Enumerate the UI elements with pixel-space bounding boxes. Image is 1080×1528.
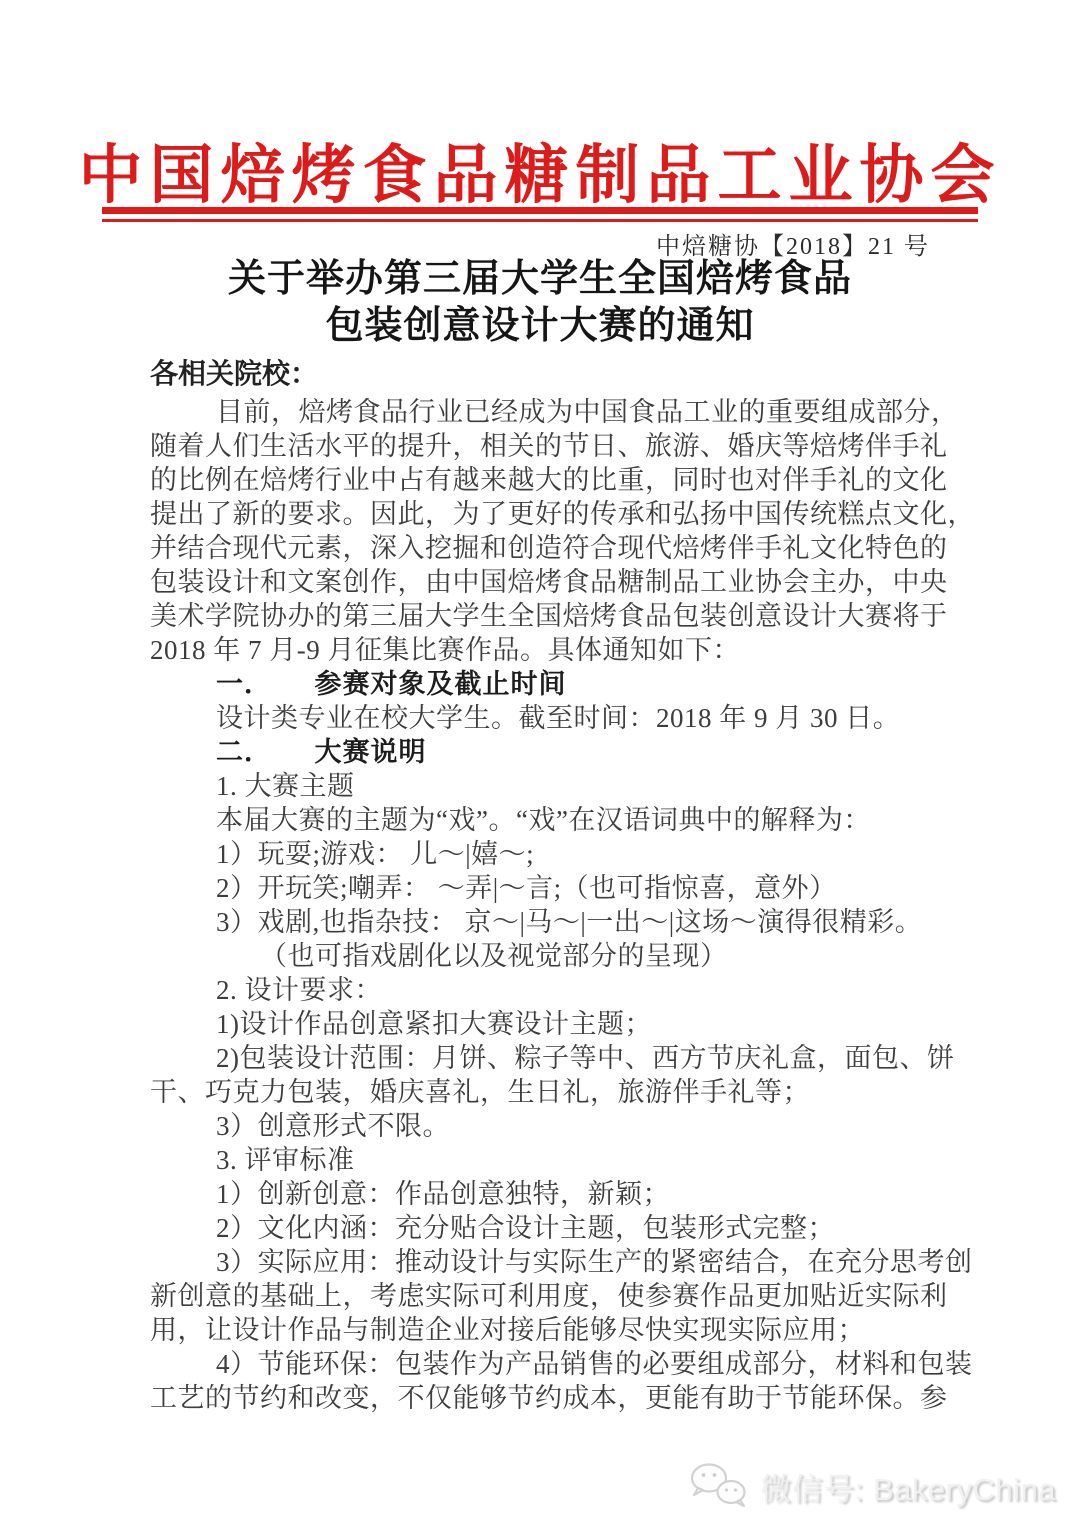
letterhead-double-rule xyxy=(102,207,978,222)
text-line: 2. 设计要求： xyxy=(150,973,950,1007)
text-line: 美术学院协办的第三届大学生全国焙烤食品包装创意设计大赛将于 xyxy=(150,599,950,633)
document-title-line2: 包装创意设计大赛的通知 xyxy=(325,305,754,347)
text-line: 用，让设计作品与制造企业对接后能够尽快实现实际应用； xyxy=(150,1313,950,1347)
text-line: 3）实际应用：推动设计与实际生产的紧密结合，在充分思考创 xyxy=(150,1245,950,1279)
text-line: 1）玩耍;游戏： 儿～|嬉～; xyxy=(150,837,950,871)
text-line: 2)包装设计范围：月饼、粽子等中、西方节庆礼盒，面包、饼 xyxy=(150,1041,950,1075)
document-page: 中国焙烤食品糖制品工业协会 中焙糖协【2018】21 号 关于举办第三届大学生全… xyxy=(0,0,1080,1528)
text-line: 一． 参赛对象及截止时间 xyxy=(150,667,950,701)
text-line: 并结合现代元素，深入挖掘和创造符合现代焙烤伴手礼文化特色的 xyxy=(150,531,950,565)
document-title-line1: 关于举办第三届大学生全国焙烤食品 xyxy=(228,258,852,300)
text-line: 随着人们生活水平的提升，相关的节日、旅游、婚庆等焙烤伴手礼 xyxy=(150,429,950,463)
letterhead-org-name: 中国焙烤食品糖制品工业协会 xyxy=(0,124,1080,216)
text-line: 1. 大赛主题 xyxy=(150,769,950,803)
text-line: 1)设计作品创意紧扣大赛设计主题； xyxy=(150,1007,950,1041)
text-line: 目前，焙烤食品行业已经成为中国食品工业的重要组成部分， xyxy=(150,395,950,429)
document-body: 目前，焙烤食品行业已经成为中国食品工业的重要组成部分，随着人们生活水平的提升，相… xyxy=(150,395,950,1415)
document-title: 关于举办第三届大学生全国焙烤食品 包装创意设计大赛的通知 xyxy=(0,256,1080,350)
text-line: 的比例在焙烤行业中占有越来越大的比重，同时也对伴手礼的文化 xyxy=(150,463,950,497)
wechat-watermark: 微信号: BakeryChina xyxy=(688,1462,1056,1510)
text-line: 设计类专业在校大学生。截至时间：2018 年 9 月 30 日。 xyxy=(150,701,950,735)
text-line: 本届大赛的主题为“戏”。“戏”在汉语词典中的解释为： xyxy=(150,803,950,837)
salutation: 各相关院校： xyxy=(150,352,318,392)
text-line: 2）开玩笑;嘲弄： ～弄|～言;（也可指惊喜，意外） xyxy=(150,871,950,905)
text-line: （也可指戏剧化以及视觉部分的呈现） xyxy=(150,939,950,973)
text-line: 1）创新创意：作品创意独特，新颖； xyxy=(150,1177,950,1211)
text-line: 3）戏剧,也指杂技： 京～|马～|一出～|这场～演得很精彩。 xyxy=(150,905,950,939)
text-line: 4）节能环保：包装作为产品销售的必要组成部分，材料和包装 xyxy=(150,1347,950,1381)
text-line: 工艺的节约和改变，不仅能够节约成本，更能有助于节能环保。参 xyxy=(150,1381,950,1415)
wechat-icon xyxy=(688,1462,750,1510)
rule-thick xyxy=(102,207,978,214)
text-line: 2）文化内涵：充分贴合设计主题，包装形式完整； xyxy=(150,1211,950,1245)
text-line: 3）创意形式不限。 xyxy=(150,1109,950,1143)
text-line: 包装设计和文案创作，由中国焙烤食品糖制品工业协会主办，中央 xyxy=(150,565,950,599)
text-line: 干、巧克力包装，婚庆喜礼，生日礼，旅游伴手礼等； xyxy=(150,1075,950,1109)
text-line: 提出了新的要求。因此，为了更好的传承和弘扬中国传统糕点文化， xyxy=(150,497,950,531)
rule-thin xyxy=(102,219,978,222)
text-line: 2018 年 7 月-9 月征集比赛作品。具体通知如下： xyxy=(150,633,950,667)
wechat-id-text: 微信号: BakeryChina xyxy=(760,1464,1056,1509)
text-line: 二． 大赛说明 xyxy=(150,735,950,769)
text-line: 新创意的基础上，考虑实际可利用度，使参赛作品更加贴近实际利 xyxy=(150,1279,950,1313)
text-line: 3. 评审标准 xyxy=(150,1143,950,1177)
